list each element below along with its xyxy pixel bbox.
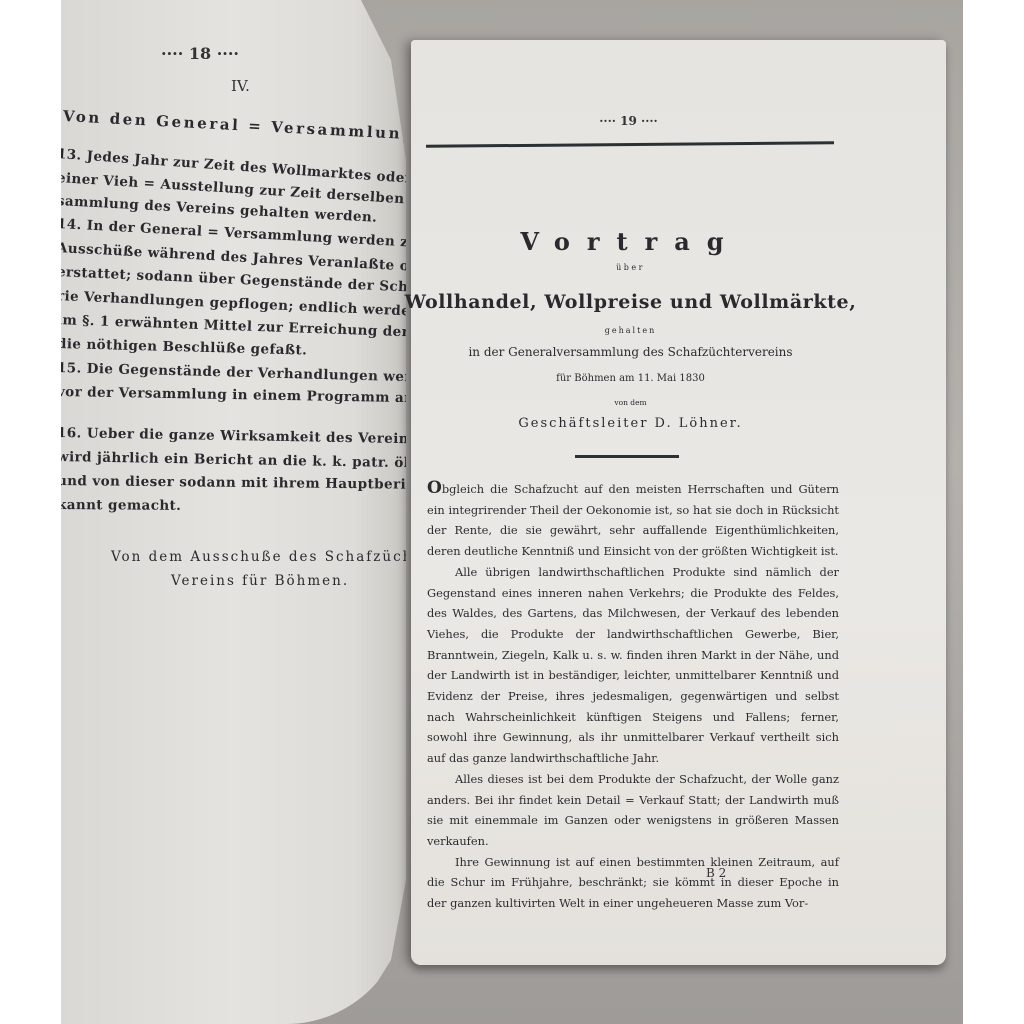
book-photo: ···· 18 ···· IV. Von den General = Versa… <box>61 0 963 1024</box>
paragraph: Ihre Gewinnung ist auf einen bestimmten … <box>427 852 839 914</box>
paragraph-text: Alle übrigen landwirthschaftlichen Produ… <box>427 565 839 765</box>
right-page-number: ···· 19 ···· <box>361 114 896 128</box>
signature-line-1: Von dem Ausschuße des Schafzüchter- <box>111 545 446 569</box>
lecture-title: Vortrag <box>363 227 898 256</box>
lecture-title-sub: über <box>363 263 898 272</box>
section-numeral: IV. <box>231 77 250 95</box>
by-label: von dem <box>363 398 898 407</box>
header-rule <box>426 141 834 148</box>
title-rule <box>575 455 679 458</box>
paragraph: Alle übrigen landwirthschaftlichen Produ… <box>427 562 839 769</box>
held-label: gehalten <box>363 326 898 335</box>
signature-line-2: Vereins für Böhmen. <box>171 569 349 593</box>
lecture-subject: Wollhandel, Wollpreise und Wollmärkte, <box>363 291 898 313</box>
left-page-number: ···· 18 ···· <box>161 44 239 63</box>
paragraph-text: Alles dieses ist bei dem Produkte der Sc… <box>427 772 839 848</box>
author-line: Geschäftsleiter D. Löhner. <box>363 416 898 431</box>
right-page: ···· 19 ···· Vortrag über Wollhandel, Wo… <box>411 40 946 965</box>
left-line: kannt gemacht. <box>61 493 181 518</box>
lecture-body: Obgleich die Schafzucht auf den meisten … <box>427 478 839 914</box>
paragraph-text: Ihre Gewinnung ist auf einen bestimmten … <box>427 855 839 910</box>
paragraph-text: bgleich die Schafzucht auf den meisten H… <box>427 482 839 558</box>
left-page: ···· 18 ···· IV. Von den General = Versa… <box>61 0 406 1024</box>
paragraph: Alles dieses ist bei dem Produkte der Sc… <box>427 769 839 852</box>
signature-mark: B 2 <box>706 866 726 880</box>
drop-initial: O <box>427 478 442 498</box>
date-line: für Böhmen am 11. Mai 1830 <box>363 373 898 384</box>
paragraph: Obgleich die Schafzucht auf den meisten … <box>427 478 839 562</box>
venue-line: in der Generalversammlung des Schafzücht… <box>363 345 898 359</box>
